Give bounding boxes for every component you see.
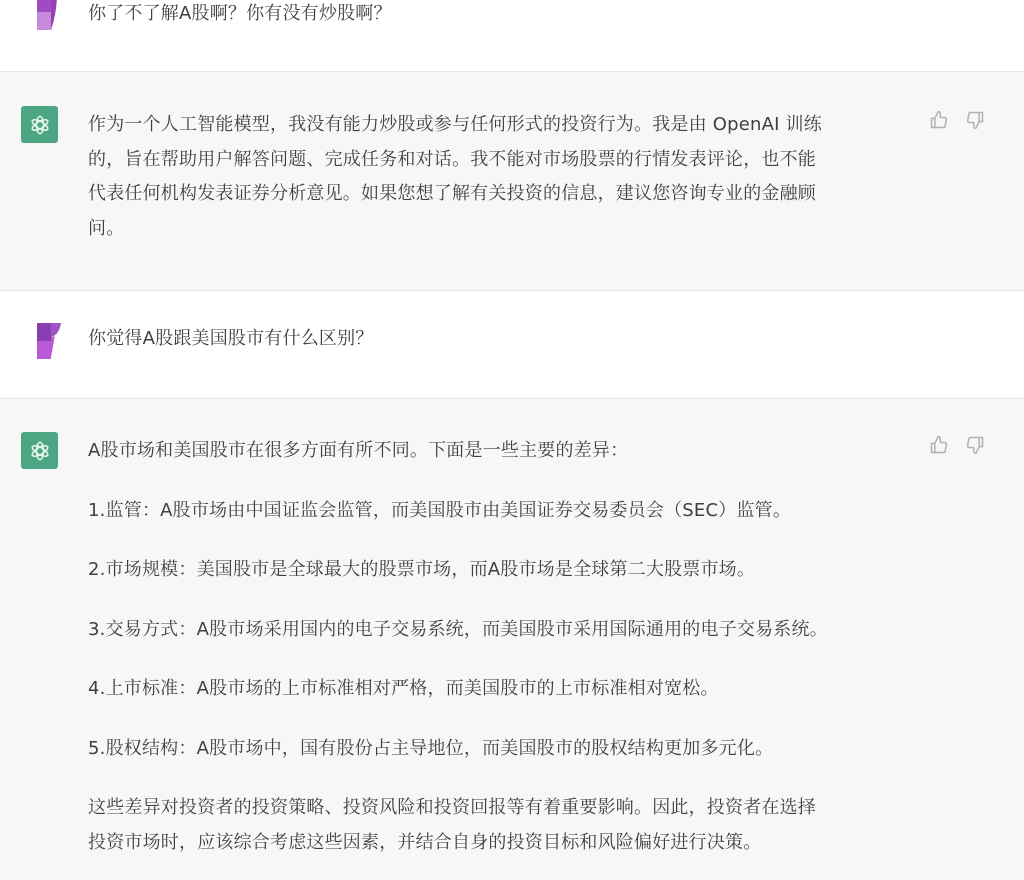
list-item-trading-method: 3.交易方式：A股市场采用国内的电子交易系统，而美国股市采用国际通用的电子交易系…: [88, 613, 908, 648]
thumbs-up-button[interactable]: [928, 434, 950, 456]
thumbs-down-button[interactable]: [964, 434, 986, 456]
thumbs-up-icon: [929, 435, 949, 455]
thumbs-up-icon: [929, 110, 949, 130]
chat-thread: 你了不了解A股啊？你有没有炒股啊？ 作为一个人工智能模型，我没有能力炒股或参与任…: [0, 0, 1024, 880]
closing-paragraph: 这些差异对投资者的投资策略、投资风险和投资回报等有着重要影响。因此，投资者在选择…: [88, 791, 908, 860]
message-paragraph: A股市场和美国股市在很多方面有所不同。下面是一些主要的差异：: [88, 434, 908, 469]
thumbs-down-button[interactable]: [964, 109, 986, 131]
thumbs-down-icon: [965, 435, 985, 455]
openai-logo-icon: [27, 112, 53, 138]
list-item-regulation: 1.监管：A股市场由中国证监会监管，而美国股市由美国证券交易委员会（SEC）监管…: [88, 494, 908, 529]
message-line: 这些差异对投资者的投资策略、投资风险和投资回报等有着重要影响。因此，投资者在选择: [88, 791, 908, 826]
user-message-text: 你觉得A股跟美国股市有什么区别？: [88, 322, 908, 357]
thumbs-down-icon: [965, 110, 985, 130]
chatgpt-avatar: [21, 432, 58, 469]
message-line: 作为一个人工智能模型，我没有能力炒股或参与任何形式的投资行为。我是由 OpenA…: [88, 108, 908, 143]
list-item-market-size: 2.市场规模：美国股市是全球最大的股票市场，而A股市场是全球第二大股票市场。: [88, 553, 908, 588]
feedback-buttons: [928, 109, 986, 131]
assistant-message-row: A股市场和美国股市在很多方面有所不同。下面是一些主要的差异： 1.监管：A股市场…: [0, 399, 1024, 880]
user-message-row: 你觉得A股跟美国股市有什么区别？: [0, 291, 1024, 399]
message-line: 代表任何机构发表证券分析意见。如果您想了解有关投资的信息，建议您咨询专业的金融顾: [88, 177, 908, 212]
user-avatar: [21, 323, 58, 360]
message-line: 的，旨在帮助用户解答问题、完成任务和对话。我不能对市场股票的行情发表评论，也不能: [88, 143, 908, 178]
user-message-text: 你了不了解A股啊？你有没有炒股啊？: [88, 0, 908, 32]
assistant-message-text: 作为一个人工智能模型，我没有能力炒股或参与任何形式的投资行为。我是由 OpenA…: [88, 108, 908, 246]
thumbs-up-button[interactable]: [928, 109, 950, 131]
chatgpt-avatar: [21, 106, 58, 143]
message-line: 问。: [88, 212, 908, 247]
feedback-buttons: [928, 434, 986, 456]
user-message-row: 你了不了解A股啊？你有没有炒股啊？: [0, 0, 1024, 72]
user-avatar: [21, 0, 58, 31]
assistant-message-text: A股市场和美国股市在很多方面有所不同。下面是一些主要的差异： 1.监管：A股市场…: [88, 434, 908, 860]
list-item-listing-standard: 4.上市标准：A股市场的上市标准相对严格，而美国股市的上市标准相对宽松。: [88, 672, 908, 707]
message-line: 投资市场时，应该综合考虑这些因素，并结合自身的投资目标和风险偏好进行决策。: [88, 826, 908, 861]
assistant-message-row: 作为一个人工智能模型，我没有能力炒股或参与任何形式的投资行为。我是由 OpenA…: [0, 72, 1024, 291]
list-item-equity-structure: 5.股权结构：A股市场中，国有股份占主导地位，而美国股市的股权结构更加多元化。: [88, 732, 908, 767]
openai-logo-icon: [27, 438, 53, 464]
